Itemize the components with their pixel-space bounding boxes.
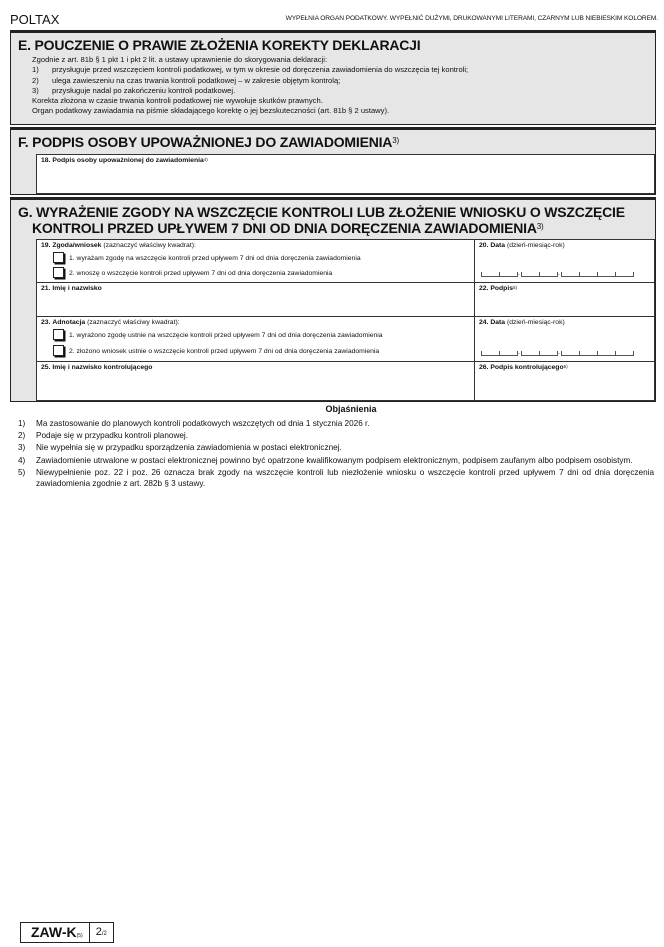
field-25-inspector-name[interactable]: 25. Imię i nazwisko kontrolującego: [36, 361, 476, 401]
list-item: 3)Nie wypełnia się w przypadku sporządze…: [18, 442, 654, 453]
form-code: ZAW-K(5): [21, 923, 90, 942]
field-19-option-1-checkbox[interactable]: [53, 252, 64, 263]
section-e-title: E. POUCZENIE O PRAWIE ZŁOŻENIA KOREKTY D…: [18, 37, 655, 53]
field-23-option-1-checkbox[interactable]: [53, 329, 64, 340]
field-22-signature[interactable]: 22. Podpis5): [474, 282, 655, 318]
field-19-consent: 19. Zgoda/wniosek (zaznaczyć właściwy kw…: [36, 239, 476, 284]
section-f: F. PODPIS OSOBY UPOWAŻNIONEJ DO ZAWIADOM…: [10, 127, 656, 195]
field-21-label: 21. Imię i nazwisko: [41, 285, 102, 292]
section-e: E. POUCZENIE O PRAWIE ZŁOŻENIA KOREKTY D…: [10, 30, 656, 125]
explanations: Objaśnienia 1)Ma zastosowanie do planowy…: [18, 404, 654, 490]
list-item: 3)przysługuje nadal po zakończeniu kontr…: [32, 86, 655, 96]
list-item: 1)Ma zastosowanie do planowych kontroli …: [18, 418, 654, 429]
field-23-option-1-label: 1. wyrażono zgodę ustnie na wszczęcie ko…: [69, 332, 383, 339]
list-item: 2)ulega zawieszeniu na czas trwania kont…: [32, 76, 655, 86]
field-26-label: 26. Podpis kontrolującego5): [479, 364, 568, 371]
field-18-signature[interactable]: 18. Podpis osoby upoważnionej do zawiado…: [36, 154, 655, 194]
explanations-title: Objaśnienia: [48, 404, 654, 414]
field-18-label: 18. Podpis osoby upoważnionej do zawiado…: [41, 157, 208, 164]
section-g-title: G. WYRAŻENIE ZGODY NA WSZCZĘCIE KONTROLI…: [18, 204, 655, 236]
section-e-note-2: Organ podatkowy zawiadamia na piśmie skł…: [32, 106, 655, 116]
date-input-cells[interactable]: ..: [481, 351, 651, 356]
date-input-cells[interactable]: ..: [481, 272, 651, 277]
field-24-label: 24. Data (dzień-miesiąc-rok): [479, 319, 565, 326]
field-21-name[interactable]: 21. Imię i nazwisko: [36, 282, 476, 318]
field-20-date[interactable]: 20. Data (dzień-miesiąc-rok) ..: [474, 239, 655, 284]
brand-label: POLTAX: [10, 12, 59, 27]
fill-instructions: WYPEŁNIA ORGAN PODATKOWY. WYPEŁNIĆ DUŻYM…: [286, 15, 658, 22]
page-number: 2/2: [90, 923, 113, 942]
field-23-annotation: 23. Adnotacja (zaznaczyć właściwy kwadra…: [36, 316, 476, 363]
section-f-title: F. PODPIS OSOBY UPOWAŻNIONEJ DO ZAWIADOM…: [18, 134, 655, 150]
field-25-label: 25. Imię i nazwisko kontrolującego: [41, 364, 152, 371]
field-23-option-2-checkbox[interactable]: [53, 345, 64, 356]
page-header: POLTAX WYPEŁNIA ORGAN PODATKOWY. WYPEŁNI…: [10, 12, 658, 28]
section-e-intro: Zgodnie z art. 81b § 1 pkt 1 i pkt 2 lit…: [32, 55, 655, 65]
field-24-date[interactable]: 24. Data (dzień-miesiąc-rok) ..: [474, 316, 655, 363]
field-22-label: 22. Podpis5): [479, 285, 517, 292]
field-19-label: 19. Zgoda/wniosek (zaznaczyć właściwy kw…: [41, 242, 196, 249]
field-23-option-2-label: 2. złożono wniosek ustnie o wszczęcie ko…: [69, 348, 379, 355]
list-item: 5)Niewypełnienie poz. 22 i poz. 26 oznac…: [18, 467, 654, 489]
section-g: G. WYRAŻENIE ZGODY NA WSZCZĘCIE KONTROLI…: [10, 197, 656, 402]
list-item: 1)przysługuje przed wszczęciem kontroli …: [32, 65, 655, 75]
section-e-body: Zgodnie z art. 81b § 1 pkt 1 i pkt 2 lit…: [32, 55, 655, 117]
list-item: 4)Zawiadomienie utrwalone w postaci elek…: [18, 455, 654, 466]
field-19-option-2-label: 2. wnoszę o wszczęcie kontroli przed upł…: [69, 270, 332, 277]
form-footer: ZAW-K(5) 2/2: [20, 922, 114, 943]
field-20-label: 20. Data (dzień-miesiąc-rok): [479, 242, 565, 249]
list-item: 2)Podaje się w przypadku kontroli planow…: [18, 430, 654, 441]
field-19-option-2-checkbox[interactable]: [53, 267, 64, 278]
field-26-inspector-signature[interactable]: 26. Podpis kontrolującego5): [474, 361, 655, 401]
section-e-note-1: Korekta złożona w czasie trwania kontrol…: [32, 96, 655, 106]
field-19-option-1-label: 1. wyrażam zgodę na wszczęcie kontroli p…: [69, 255, 361, 262]
field-23-label: 23. Adnotacja (zaznaczyć właściwy kwadra…: [41, 319, 180, 326]
